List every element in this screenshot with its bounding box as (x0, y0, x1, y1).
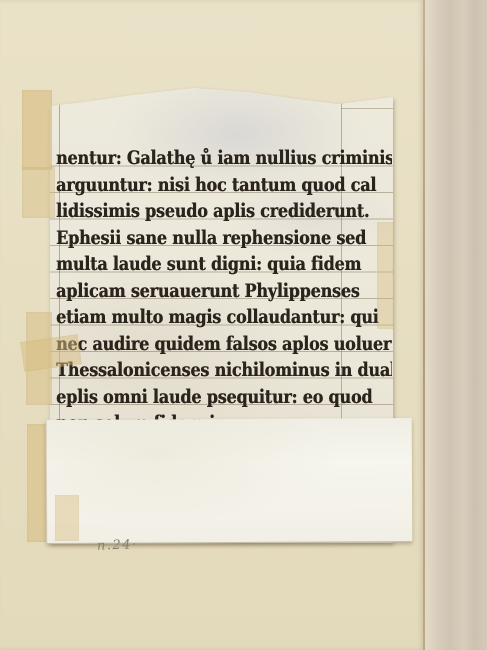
overlay-paper-strip-container (46, 419, 412, 543)
top-ruling-line (341, 108, 393, 109)
manuscript-text-line: lidissimis pseudo aplis crediderunt. (56, 198, 392, 226)
book-fore-edge-band (425, 0, 487, 650)
manuscript-text-line: nentur: Galathę ů iam nullius criminis (56, 145, 392, 173)
overlay-paper-strip (46, 418, 413, 544)
manuscript-text-line: aplicam seruauerunt Phylippenses (56, 278, 392, 306)
adhesive-tape-strip (22, 167, 55, 218)
manuscript-text-line: etiam multo magis collaudantur: qui (56, 304, 392, 332)
manuscript-text-line: multa laude sunt digni: quia fidem (56, 251, 392, 279)
manuscript-text-line: arguuntur: nisi hoc tantum quod cal (56, 172, 392, 200)
adhesive-tape-strip (377, 222, 393, 329)
adhesive-tape-strip (55, 495, 79, 541)
manuscript-text-line: Ephesii sane nulla rephensione sed (56, 225, 392, 253)
manuscript-text-line: Thessalonicenses nichilominus in duabz (56, 357, 392, 385)
pencil-shelfmark-annotation: n.24· (97, 537, 138, 553)
photograph-of-manuscript-album-page: nentur: Galathę ů iam nullius criminis a… (0, 0, 487, 650)
adhesive-tape-strip (22, 90, 52, 170)
manuscript-text-line: nec audire quidem falsos aplos uoluerūt (56, 331, 392, 359)
manuscript-text-line: eplis omni laude psequitur: eo quod (56, 384, 392, 412)
